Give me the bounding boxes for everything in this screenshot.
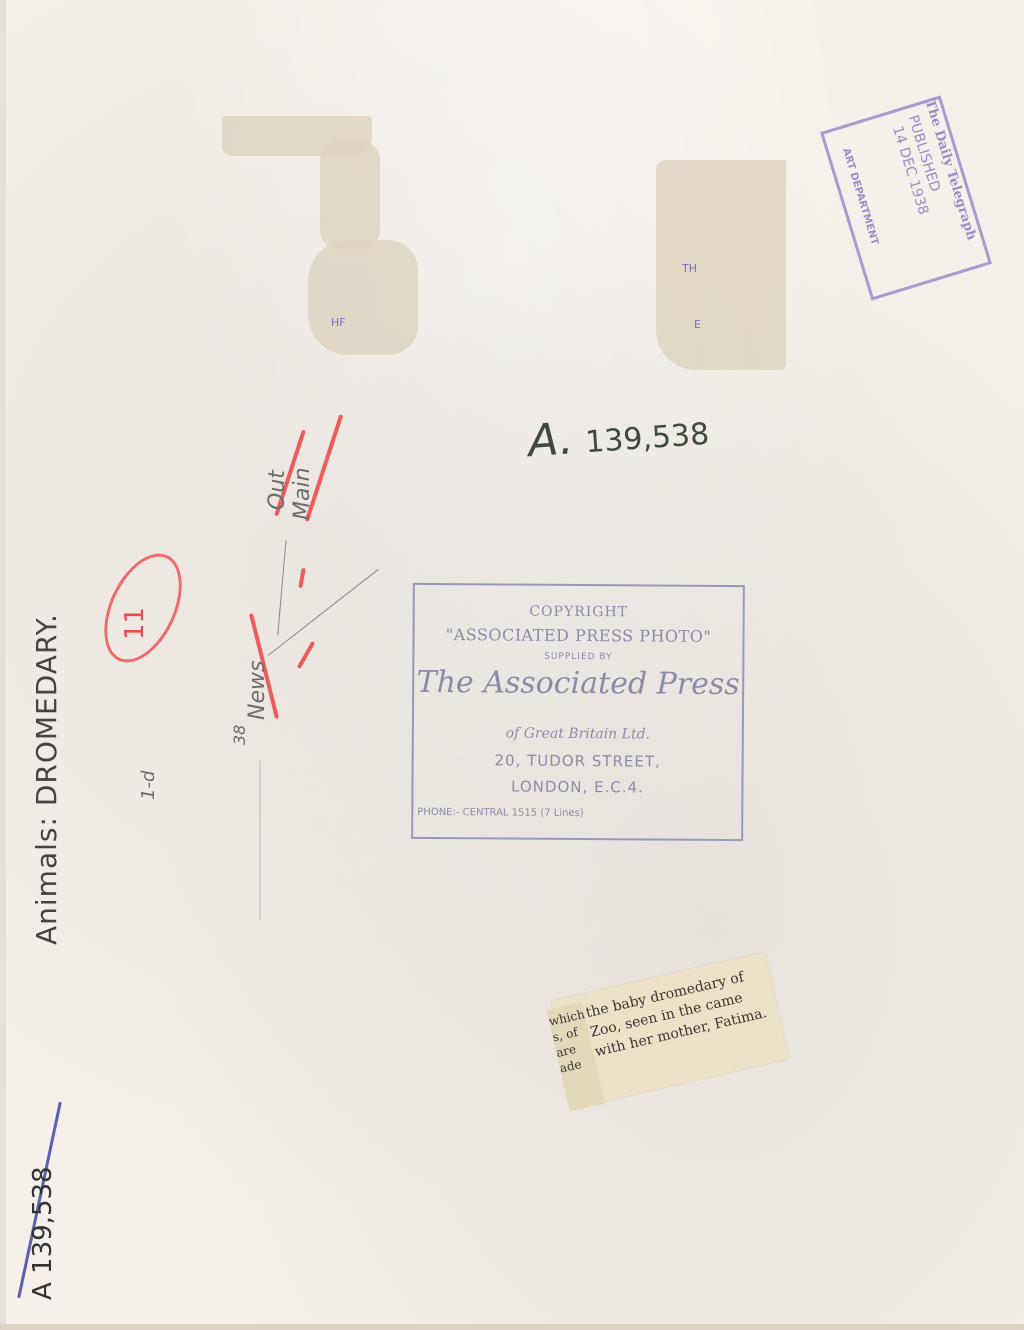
glue-label-left: HF	[331, 316, 346, 329]
circled-number: 11	[120, 607, 150, 640]
pencil-note-out: Out	[265, 470, 290, 510]
ap-agency-sub: of Great Britain Ltd.	[414, 725, 742, 743]
associated-press-stamp: COPYRIGHT "ASSOCIATED PRESS PHOTO" SUPPL…	[411, 583, 745, 841]
pencil-note-1d: 1-d	[138, 771, 159, 800]
ap-address: 20, TUDOR STREET,	[414, 751, 742, 771]
glue-residue-left-strip	[320, 140, 380, 250]
glue-residue-right	[656, 160, 786, 370]
paper-edge-bottom	[0, 1324, 1024, 1330]
glue-residue-left-main	[308, 240, 418, 355]
pencil-stroke	[260, 761, 261, 921]
reference-value: 139,538	[584, 417, 710, 461]
ap-agency: The Associated Press	[414, 665, 742, 702]
pencil-note-main: Main	[290, 467, 315, 520]
ap-city: LONDON, E.C.4.	[413, 777, 741, 797]
category-label: Animals: DROMEDARY.	[30, 613, 63, 945]
glue-label-right-bottom: E	[694, 318, 701, 331]
reference-prefix: A.	[526, 413, 574, 467]
ap-copyright: COPYRIGHT	[415, 603, 743, 621]
ap-supplied-by: SUPPLIED BY	[414, 651, 742, 663]
pencil-note-news: News	[245, 661, 270, 720]
pencil-note-38: 38	[230, 725, 249, 745]
glue-label-right-top: TH	[682, 262, 697, 275]
ap-phone: PHONE:- CENTRAL 1515 (7 Lines)	[413, 807, 745, 820]
ap-credit: "ASSOCIATED PRESS PHOTO"	[414, 625, 742, 646]
bottom-archive-code: A 139,538	[28, 1166, 58, 1300]
paper-edge-left	[0, 0, 6, 1330]
